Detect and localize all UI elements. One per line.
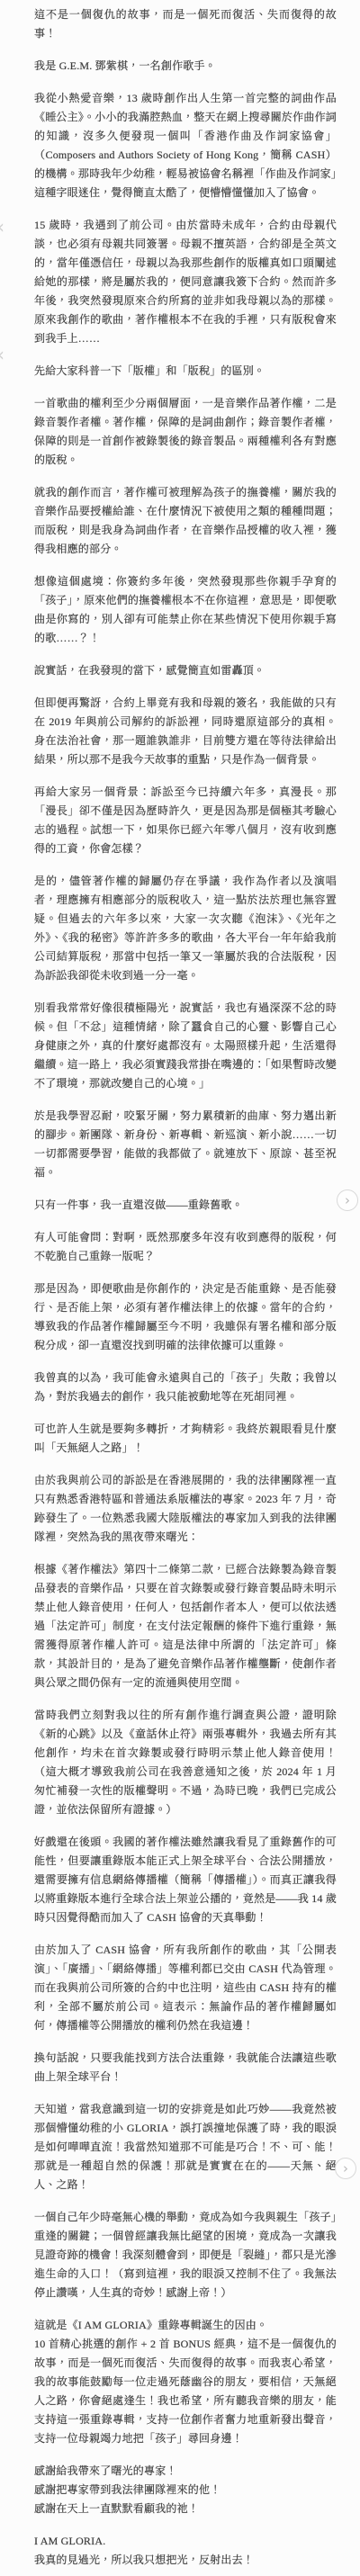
paragraph-question: 有人可能會問：對啊，既然那麼多年沒有收到應得的版稅，何不乾脆自己重錄一版呢？ <box>34 1228 337 1266</box>
paragraph-mindset: 別看我常常好像很積極陽光，說實話，我也有過深深不忿的時候。但「不忿」這種情緒，除… <box>34 999 337 1093</box>
paragraph-thunderstruck: 說實話，在我發現的當下，感覺簡直如雷轟頂。 <box>34 661 337 680</box>
paragraph-two-rights: 一首歌曲的權利至少分兩個層面，一是音樂作品著作權，二是錄音製作者權。著作權，保障… <box>34 394 337 470</box>
carousel-next-icon[interactable]: › <box>337 1189 358 1211</box>
paragraph-album-origin: 這就是《I AM GLORIA》重錄專輯誕生的因由。 10 首精心挑選的創作 +… <box>34 2316 337 2448</box>
paragraph-new-expert: 由於我與前公司的訴訟是在香港展開的，我的法律團隊裡一直只有熟悉香港特區和普通法系… <box>34 1471 337 1547</box>
paragraph-notarization: 當時我們立刻對我以往的所有創作進行調查與公證，證明除《新的心跳》以及《童話休止符… <box>34 1706 337 1819</box>
paragraph-tears: 天知道，當我意識到這一切的安排竟是如此巧妙——我竟然被那個懵懂幼稚的小 GLOR… <box>34 2100 337 2195</box>
paragraph-transmission-right: 好戲還在後頭。我國的著作權法雖然讓我看見了重錄舊作的可能性，但要讓重錄版本能正式… <box>34 1833 337 1927</box>
carousel-next-icon[interactable]: › <box>335 2158 356 2179</box>
paragraph-first-contract: 15 歲時，我遇到了前公司。由於當時未成年，合約由母親代談，也必須有母親共同簽署… <box>34 216 337 348</box>
paragraph-statutory-license: 根據《著作權法》第四十二條第二款，已經合法錄製為錄音製品發表的音樂作品，只要在首… <box>34 1560 337 1692</box>
paragraph-imagine-situation: 想像這個處境：你簽約多年後，突然發現那些你親手孕育的「孩子」，原來他們的撫養權根… <box>34 572 337 648</box>
paragraph-crack-light: 一個自己年少時毫無心機的舉動，竟成為如今我與親生「孩子」重逢的關鍵；一個曾經讓我… <box>34 2208 337 2302</box>
paragraph-lawsuit-background: 但即便再驚訝，合約上畢竟有我和母親的簽名，我能做的只有在 2019 年與前公司解… <box>34 694 337 769</box>
carousel-prev-icon[interactable]: ‹ <box>0 218 4 236</box>
paragraph-intro: 這不是一個復仇的故事，而是一個死而復活、失而復得的故事！ <box>34 5 337 43</box>
paragraph-turning-point: 可也許人生就是要夠多轉折，才夠精彩。我終於親眼看見什麼叫「天無絕人之路」！ <box>34 1420 337 1458</box>
statement-document: 這不是一個復仇的故事，而是一個死而復活、失而復得的故事！ 我是 G.E.M. 鄧… <box>0 0 360 2570</box>
statement-page: 這不是一個復仇的故事，而是一個死而復活、失而復得的故事！ 我是 G.E.M. 鄧… <box>0 0 360 2576</box>
paragraph-unpaid-royalties: 是的，儘管著作權的歸屬仍存在爭議，我作為作者以及演唱者，理應擁有相應部分的版稅收… <box>34 872 337 985</box>
paragraph-one-thing-left: 只有一件事，我一直還沒做——重錄舊歌。 <box>34 1196 337 1215</box>
paragraph-six-years: 再給大家另一個背景：訴訟至今已持續六年多，真漫長。那「漫長」卻不僅是因為歷時許久… <box>34 783 337 858</box>
carousel-prev-icon[interactable]: ‹ <box>0 346 4 364</box>
paragraph-self-intro: 我是 G.E.M. 鄧紫棋，一名創作歌手。 <box>34 57 337 76</box>
paragraph-in-other-words: 換句話說，只要我能找到方法合法重錄，我就能合法讓這些歌曲上架全球平台！ <box>34 2049 337 2087</box>
paragraph-custody-metaphor: 就我的創作而言，著作權可被理解為孩子的撫養權，關於我的音樂作品要授權給誰、在什麼… <box>34 483 337 559</box>
paragraph-perseverance: 於是我學習忍耐，咬緊牙關，努力累積新的曲庫、努力邁出新的腳步。新團隊、新身份、新… <box>34 1107 337 1182</box>
paragraph-legal-basis: 那是因為，即便歌曲是你創作的，決定是否能重錄、是否能發行、是否能上架，必須有著作… <box>34 1279 337 1355</box>
paragraph-cash-rights: 由於加入了 CASH 協會，所有我所創作的歌曲，其「公開表演」、「廣播」、「網絡… <box>34 1941 337 2035</box>
paragraph-thanks: 感謝給我帶來了曙光的專家！ 感謝把專家帶到我法律團隊裡來的他！ 感謝在天上一直默… <box>34 2462 337 2518</box>
paragraph-lost-children: 我曾真的以為，我可能會永遠與自己的「孩子」失散；我曾以為，對於我過去的創作，我只… <box>34 1369 337 1406</box>
paragraph-closing: I AM GLORIA. 我真的見過光，所以我只想把光，反射出去！ <box>34 2532 337 2570</box>
paragraph-cash-join: 我從小熱愛音樂，13 歲時創作出人生第一首完整的詞曲作品《睡公主》。小小的我滿腔… <box>34 89 337 202</box>
paragraph-copyright-vs-royalty-intro: 先給大家科普一下「版權」和「版稅」的區別。 <box>34 362 337 381</box>
